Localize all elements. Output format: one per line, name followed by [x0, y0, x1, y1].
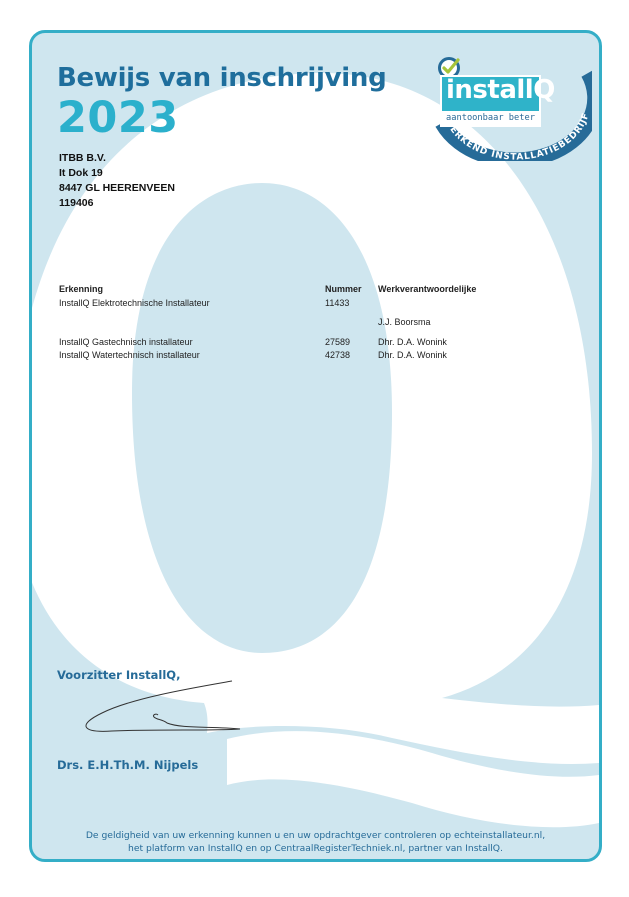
cell-werkverantwoordelijke [378, 298, 518, 317]
cell-erkenning: InstallQ Gastechnisch installateur [59, 337, 325, 350]
cell-erkenning: InstallQ Watertechnisch installateur [59, 350, 325, 363]
table-row: InstallQ Watertechnisch installateur 427… [59, 350, 518, 363]
installq-brand-box: installQ aantoonbaar beter [440, 75, 541, 127]
cell-erkenning: InstallQ Elektrotechnische Installateur [59, 298, 325, 317]
company-city: 8447 GL HEERENVEEN [59, 181, 175, 196]
installq-logo: ERKEND INSTALLATIEBEDRIJF installQ aanto… [432, 51, 592, 161]
company-name: ITBB B.V. [59, 151, 175, 166]
table-row: J.J. Boorsma [59, 317, 518, 337]
cell-nummer [325, 317, 378, 337]
cell-erkenning [59, 317, 325, 337]
validity-footer: De geldigheid van uw erkenning kunnen u … [32, 829, 599, 855]
certificate-title: Bewijs van inschrijving [57, 63, 386, 93]
cell-nummer: 27589 [325, 337, 378, 350]
table-row: InstallQ Gastechnisch installateur 27589… [59, 337, 518, 350]
erkenning-table: Erkenning Nummer Werkverantwoordelijke I… [59, 284, 518, 363]
header-erkenning: Erkenning [59, 284, 325, 298]
installq-wordmark: installQ [446, 75, 555, 105]
table-header-row: Erkenning Nummer Werkverantwoordelijke [59, 284, 518, 298]
certificate-year: 2023 [57, 97, 179, 140]
cell-werkverantwoordelijke: J.J. Boorsma [378, 317, 518, 337]
company-number: 119406 [59, 196, 175, 211]
cell-werkverantwoordelijke: Dhr. D.A. Wonink [378, 337, 518, 350]
company-address: ITBB B.V. It Dok 19 8447 GL HEERENVEEN 1… [59, 151, 175, 211]
cell-nummer: 11433 [325, 298, 378, 317]
cell-werkverantwoordelijke: Dhr. D.A. Wonink [378, 350, 518, 363]
footer-line-1: De geldigheid van uw erkenning kunnen u … [32, 829, 599, 842]
footer-line-2: het platform van InstallQ en op Centraal… [32, 842, 599, 855]
header-werkverantwoordelijke: Werkverantwoordelijke [378, 284, 518, 298]
header-nummer: Nummer [325, 284, 378, 298]
signature-icon [72, 673, 252, 743]
cell-nummer: 42738 [325, 350, 378, 363]
installq-tagline: aantoonbaar beter [442, 111, 539, 125]
certificate-card: Bewijs van inschrijving 2023 ITBB B.V. I… [29, 30, 602, 862]
company-street: It Dok 19 [59, 166, 175, 181]
table-row: InstallQ Elektrotechnische Installateur … [59, 298, 518, 317]
signatory-name: Drs. E.H.Th.M. Nijpels [57, 758, 198, 772]
